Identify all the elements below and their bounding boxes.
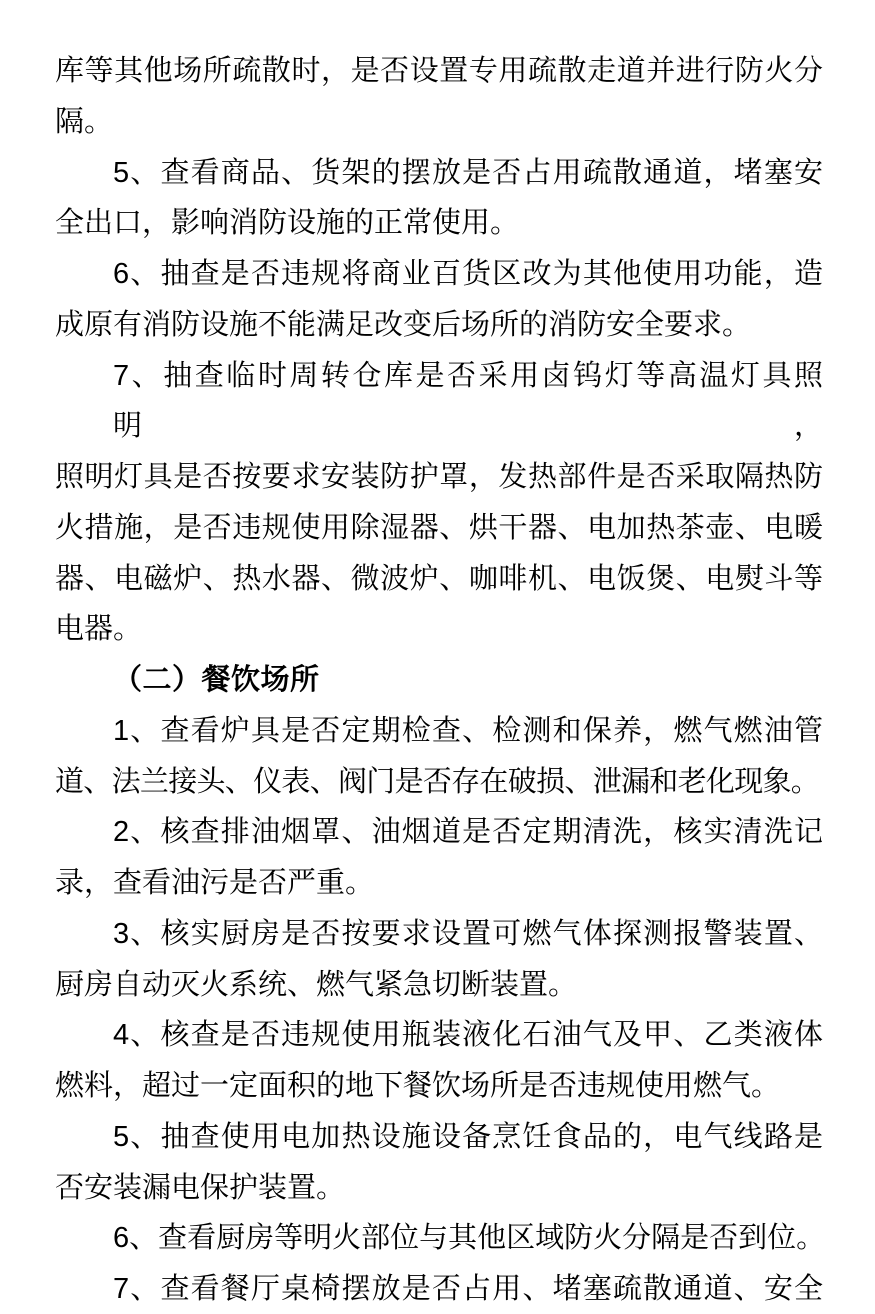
- paragraph: 6、查看厨房等明火部位与其他区域防火分隔是否到位。: [55, 1213, 823, 1264]
- section-heading: （二）餐饮场所: [55, 655, 823, 706]
- text-line: 燃料，超过一定面积的地下餐饮场所是否违规使用燃气。: [55, 1061, 823, 1112]
- text-line: 5、查看商品、货架的摆放是否占用疏散通道，堵塞安: [55, 148, 823, 199]
- text-line: 隔。: [55, 97, 823, 148]
- paragraph: 7、查看餐厅桌椅摆放是否占用、堵塞疏散通道、安全: [55, 1264, 823, 1314]
- text-line: 否安装漏电保护装置。: [55, 1163, 823, 1214]
- text-line: 电器。: [55, 604, 823, 655]
- paragraph: 5、查看商品、货架的摆放是否占用疏散通道，堵塞安 全出口，影响消防设施的正常使用…: [55, 148, 823, 250]
- paragraph: 2、核查排油烟罩、油烟道是否定期清洗，核实清洗记 录，查看油污是否严重。: [55, 807, 823, 909]
- paragraph: 6、抽查是否违规将商业百货区改为其他使用功能，造 成原有消防设施不能满足改变后场…: [55, 249, 823, 351]
- text-line: 火措施，是否违规使用除湿器、烘干器、电加热茶壶、电暖: [55, 503, 823, 554]
- text-line: 库等其他场所疏散时，是否设置专用疏散走道并进行防火分: [55, 46, 823, 97]
- paragraph: 1、查看炉具是否定期检查、检测和保养，燃气燃油管 道、法兰接头、仪表、阀门是否存…: [55, 706, 823, 808]
- document-page: 库等其他场所疏散时，是否设置专用疏散走道并进行防火分 隔。 5、查看商品、货架的…: [0, 0, 875, 1314]
- paragraph: 5、抽查使用电加热设施设备烹饪食品的，电气线路是 否安装漏电保护装置。: [55, 1112, 823, 1214]
- text-line: 录，查看油污是否严重。: [55, 858, 823, 909]
- text-line: 道、法兰接头、仪表、阀门是否存在破损、泄漏和老化现象。: [55, 757, 823, 808]
- text-line: 7、抽查临时周转仓库是否采用卤钨灯等高温灯具照明，: [55, 351, 823, 453]
- text-line: 7、查看餐厅桌椅摆放是否占用、堵塞疏散通道、安全: [55, 1264, 823, 1314]
- text-line: 全出口，影响消防设施的正常使用。: [55, 198, 823, 249]
- text-line: 1、查看炉具是否定期检查、检测和保养，燃气燃油管: [55, 706, 823, 757]
- paragraph: 7、抽查临时周转仓库是否采用卤钨灯等高温灯具照明， 照明灯具是否按要求安装防护罩…: [55, 351, 823, 656]
- text-line: 照明灯具是否按要求安装防护罩，发热部件是否采取隔热防: [55, 452, 823, 503]
- paragraph: 3、核实厨房是否按要求设置可燃气体探测报警装置、 厨房自动灭火系统、燃气紧急切断…: [55, 909, 823, 1011]
- text-line: 厨房自动灭火系统、燃气紧急切断装置。: [55, 960, 823, 1011]
- section-heading-text: （二）餐饮场所: [55, 655, 823, 706]
- text-line: 6、查看厨房等明火部位与其他区域防火分隔是否到位。: [55, 1213, 823, 1264]
- paragraph: 4、核查是否违规使用瓶装液化石油气及甲、乙类液体 燃料，超过一定面积的地下餐饮场…: [55, 1010, 823, 1112]
- text-line: 2、核查排油烟罩、油烟道是否定期清洗，核实清洗记: [55, 807, 823, 858]
- text-line: 3、核实厨房是否按要求设置可燃气体探测报警装置、: [55, 909, 823, 960]
- text-line: 器、电磁炉、热水器、微波炉、咖啡机、电饭煲、电熨斗等: [55, 554, 823, 605]
- text-line: 6、抽查是否违规将商业百货区改为其他使用功能，造: [55, 249, 823, 300]
- paragraph: 库等其他场所疏散时，是否设置专用疏散走道并进行防火分 隔。: [55, 46, 823, 148]
- text-line: 成原有消防设施不能满足改变后场所的消防安全要求。: [55, 300, 823, 351]
- text-line: 5、抽查使用电加热设施设备烹饪食品的，电气线路是: [55, 1112, 823, 1163]
- text-line: 4、核查是否违规使用瓶装液化石油气及甲、乙类液体: [55, 1010, 823, 1061]
